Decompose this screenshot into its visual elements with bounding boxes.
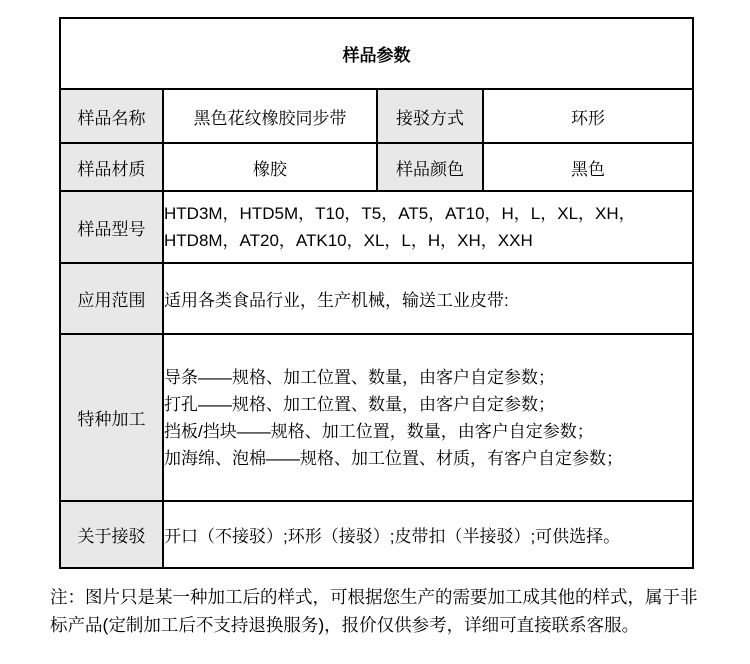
model-line: HTD8M，AT20，ATK10，XL，L，H，XH，XXH: [164, 227, 692, 254]
value-connection-method: 环形: [483, 89, 693, 143]
spec-table: 样品参数 样品名称 黑色花纹橡胶同步带 接驳方式 环形 样品材质 橡胶 样品颜色…: [59, 17, 694, 569]
label-connection-method: 接驳方式: [377, 89, 483, 143]
label-sample-name: 样品名称: [60, 89, 163, 143]
value-special-processing: 导条——规格、加工位置、数量，由客户自定参数； 打孔——规格、加工位置、数量，由…: [163, 334, 693, 501]
label-sample-color: 样品颜色: [377, 143, 483, 191]
processing-line: 加海绵、泡棉——规格、加工位置、材质，有客户自定参数；: [164, 445, 692, 472]
footnote-line: 注：图片只是某一种加工后的样式，可根据您生产的需要加工成其他的样式，属于非: [50, 583, 710, 611]
table-row-title: 样品参数: [60, 18, 693, 89]
table-row-material: 样品材质 橡胶 样品颜色 黑色: [60, 143, 693, 191]
table-row-processing: 特种加工 导条——规格、加工位置、数量，由客户自定参数； 打孔——规格、加工位置…: [60, 334, 693, 501]
processing-line: 导条——规格、加工位置、数量，由客户自定参数；: [164, 364, 692, 391]
product-spec-sheet: 样品参数 样品名称 黑色花纹橡胶同步带 接驳方式 环形 样品材质 橡胶 样品颜色…: [0, 0, 750, 664]
label-about-connection: 关于接驳: [60, 501, 163, 568]
label-sample-material: 样品材质: [60, 143, 163, 191]
value-sample-name: 黑色花纹橡胶同步带: [163, 89, 377, 143]
label-special-processing: 特种加工: [60, 334, 163, 501]
processing-line: 挡板/挡块——规格、加工位置，数量，由客户自定参数；: [164, 418, 692, 445]
table-row-model: 样品型号 HTD3M，HTD5M，T10，T5，AT5，AT10，H，L，XL，…: [60, 191, 693, 263]
value-sample-model: HTD3M，HTD5M，T10，T5，AT5，AT10，H，L，XL，XH， H…: [163, 191, 693, 263]
table-row-application: 应用范围 适用各类食品行业，生产机械，输送工业皮带:: [60, 263, 693, 334]
footnote: 注：图片只是某一种加工后的样式，可根据您生产的需要加工成其他的样式，属于非 标产…: [50, 583, 710, 639]
value-sample-material: 橡胶: [163, 143, 377, 191]
table-title: 样品参数: [60, 18, 693, 89]
table-row-connection: 关于接驳 开口（不接驳）;环形（接驳）;皮带扣（半接驳）;可供选择。: [60, 501, 693, 568]
value-application-scope: 适用各类食品行业，生产机械，输送工业皮带:: [163, 263, 693, 334]
label-sample-model: 样品型号: [60, 191, 163, 263]
label-application-scope: 应用范围: [60, 263, 163, 334]
processing-line: 打孔——规格、加工位置、数量，由客户自定参数；: [164, 391, 692, 418]
value-about-connection: 开口（不接驳）;环形（接驳）;皮带扣（半接驳）;可供选择。: [163, 501, 693, 568]
value-sample-color: 黑色: [483, 143, 693, 191]
footnote-line: 标产品(定制加工后不支持退换服务)，报价仅供参考，详细可直接联系客服。: [50, 611, 710, 639]
model-line: HTD3M，HTD5M，T10，T5，AT5，AT10，H，L，XL，XH，: [164, 200, 692, 227]
table-row-sample-name: 样品名称 黑色花纹橡胶同步带 接驳方式 环形: [60, 89, 693, 143]
